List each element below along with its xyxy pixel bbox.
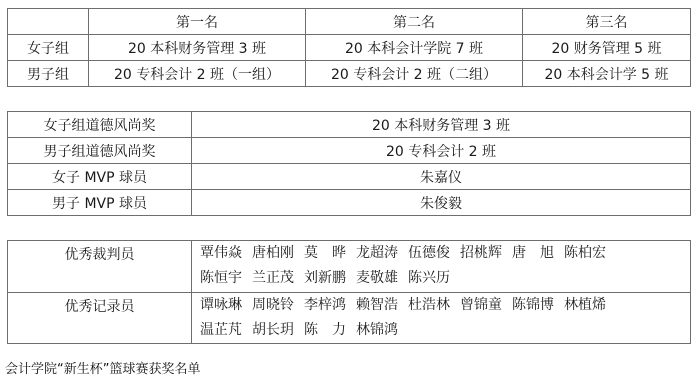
person-name: 曾锦童 bbox=[460, 293, 502, 318]
person-name: 李梓鸿 bbox=[304, 293, 346, 318]
names-line-2: 温芷芃胡长玥陈 力林锦鸿 bbox=[200, 318, 690, 343]
rankings-header-second: 第二名 bbox=[306, 9, 523, 35]
award-name: 男子 MVP 球员 bbox=[8, 190, 192, 216]
names-line-1: 谭咏琳周晓铃李梓鸿赖智浩杜浩林曾锦童陈锦博林植烯 bbox=[200, 293, 690, 318]
third-place: 20 本科会计学 5 班 bbox=[523, 61, 691, 87]
group-label: 女子组 bbox=[8, 35, 89, 61]
award-row: 男子组道德风尚奖 20 专科会计 2 班 bbox=[8, 138, 691, 164]
first-place: 20 专科会计 2 班（一组） bbox=[89, 61, 306, 87]
staff-title: 优秀记录员 bbox=[8, 293, 192, 344]
person-name: 陈兴历 bbox=[408, 266, 450, 291]
person-name: 伍德俊 bbox=[408, 241, 450, 266]
person-name: 覃伟焱 bbox=[200, 241, 242, 266]
rankings-row-women: 女子组 20 本科财务管理 3 班 20 本科会计学院 7 班 20 财务管理 … bbox=[8, 35, 691, 61]
award-winner: 朱嘉仪 bbox=[192, 164, 691, 190]
person-name: 陈恒宇 bbox=[200, 266, 242, 291]
staff-row-recorders: 优秀记录员 谭咏琳周晓铃李梓鸿赖智浩杜浩林曾锦童陈锦博林植烯 温芷芃胡长玥陈 力… bbox=[8, 293, 691, 344]
person-name: 招桃辉 bbox=[460, 241, 502, 266]
award-row: 女子组道德风尚奖 20 本科财务管理 3 班 bbox=[8, 112, 691, 138]
person-name: 兰正茂 bbox=[252, 266, 294, 291]
person-name: 胡长玥 bbox=[252, 318, 294, 343]
award-name: 女子组道德风尚奖 bbox=[8, 112, 192, 138]
award-winner: 20 专科会计 2 班 bbox=[192, 138, 691, 164]
staff-awards-table: 优秀裁判员 覃伟焱唐柏刚莫 晔龙超涛伍德俊招桃辉唐 旭陈柏宏 陈恒宇兰正茂刘新鹏… bbox=[7, 240, 691, 344]
person-name: 周晓铃 bbox=[252, 293, 294, 318]
award-name: 女子 MVP 球员 bbox=[8, 164, 192, 190]
group-label: 男子组 bbox=[8, 61, 89, 87]
person-name: 麦敬雄 bbox=[356, 266, 398, 291]
award-winner: 20 本科财务管理 3 班 bbox=[192, 112, 691, 138]
rankings-header-corner bbox=[8, 9, 89, 35]
staff-title: 优秀裁判员 bbox=[8, 241, 192, 293]
award-row: 男子 MVP 球员 朱俊毅 bbox=[8, 190, 691, 216]
person-name: 唐柏刚 bbox=[252, 241, 294, 266]
names-line-2: 陈恒宇兰正茂刘新鹏麦敬雄陈兴历 bbox=[200, 266, 690, 291]
rankings-header-row: 第一名 第二名 第三名 bbox=[8, 9, 691, 35]
third-place: 20 财务管理 5 班 bbox=[523, 35, 691, 61]
document-caption: 会计学院“新生杯”篮球赛获奖名单 bbox=[5, 358, 200, 377]
person-name: 唐 旭 bbox=[512, 241, 554, 266]
person-name: 陈 力 bbox=[304, 318, 346, 343]
second-place: 20 本科会计学院 7 班 bbox=[306, 35, 523, 61]
person-name: 陈锦博 bbox=[512, 293, 554, 318]
rankings-row-men: 男子组 20 专科会计 2 班（一组） 20 专科会计 2 班（二组） 20 本… bbox=[8, 61, 691, 87]
award-name: 男子组道德风尚奖 bbox=[8, 138, 192, 164]
special-awards-table: 女子组道德风尚奖 20 本科财务管理 3 班 男子组道德风尚奖 20 专科会计 … bbox=[7, 111, 691, 216]
person-name: 刘新鹏 bbox=[304, 266, 346, 291]
person-name: 陈柏宏 bbox=[564, 241, 606, 266]
rankings-table: 第一名 第二名 第三名 女子组 20 本科财务管理 3 班 20 本科会计学院 … bbox=[7, 8, 691, 87]
staff-names: 覃伟焱唐柏刚莫 晔龙超涛伍德俊招桃辉唐 旭陈柏宏 陈恒宇兰正茂刘新鹏麦敬雄陈兴历 bbox=[192, 241, 691, 293]
person-name: 林植烯 bbox=[564, 293, 606, 318]
second-place: 20 专科会计 2 班（二组） bbox=[306, 61, 523, 87]
person-name: 龙超涛 bbox=[356, 241, 398, 266]
person-name: 谭咏琳 bbox=[200, 293, 242, 318]
award-row: 女子 MVP 球员 朱嘉仪 bbox=[8, 164, 691, 190]
staff-names: 谭咏琳周晓铃李梓鸿赖智浩杜浩林曾锦童陈锦博林植烯 温芷芃胡长玥陈 力林锦鸿 bbox=[192, 293, 691, 344]
staff-row-referees: 优秀裁判员 覃伟焱唐柏刚莫 晔龙超涛伍德俊招桃辉唐 旭陈柏宏 陈恒宇兰正茂刘新鹏… bbox=[8, 241, 691, 293]
person-name: 莫 晔 bbox=[304, 241, 346, 266]
award-winner: 朱俊毅 bbox=[192, 190, 691, 216]
person-name: 温芷芃 bbox=[200, 318, 242, 343]
person-name: 赖智浩 bbox=[356, 293, 398, 318]
person-name: 杜浩林 bbox=[408, 293, 450, 318]
rankings-header-third: 第三名 bbox=[523, 9, 691, 35]
names-line-1: 覃伟焱唐柏刚莫 晔龙超涛伍德俊招桃辉唐 旭陈柏宏 bbox=[200, 241, 690, 266]
rankings-header-first: 第一名 bbox=[89, 9, 306, 35]
first-place: 20 本科财务管理 3 班 bbox=[89, 35, 306, 61]
person-name: 林锦鸿 bbox=[356, 318, 398, 343]
